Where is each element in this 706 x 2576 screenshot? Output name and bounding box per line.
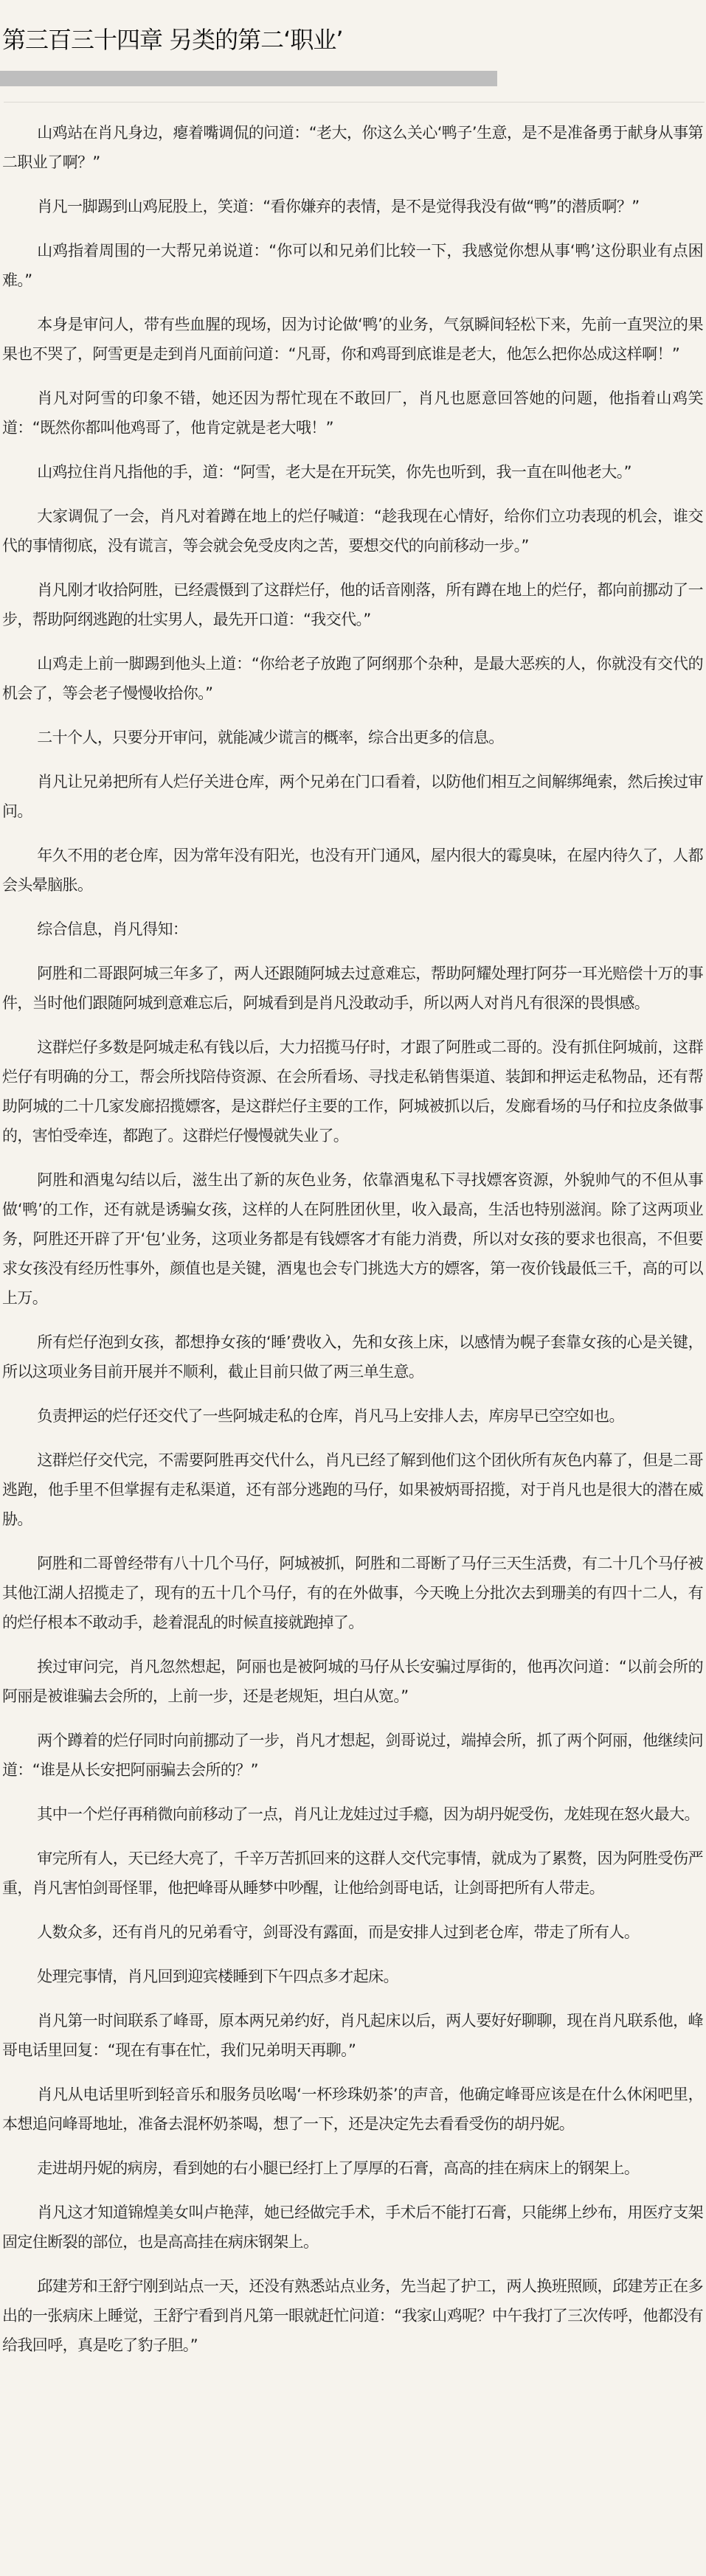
chapter-content: 山鸡站在肖凡身边，瘪着嘴调侃的问道：“老大，你这么关心‘鸭子’生意，是不是准备勇…: [2, 118, 703, 2375]
paragraph: 人数众多，还有肖凡的兄弟看守，剑哥没有露面，而是安排人过到老仓库，带走了所有人。: [2, 1917, 703, 1947]
paragraph: 大家调侃了一会，肖凡对着蹲在地上的烂仔喊道：“趁我现在心情好，给你们立功表现的机…: [2, 501, 703, 560]
paragraph: 所有烂仔泡到女孩，都想挣女孩的‘睡’费收入，先和女孩上床，以感情为幌子套靠女孩的…: [2, 1327, 703, 1386]
paragraph: 肖凡一脚踢到山鸡屁股上，笑道：“看你嫌弃的表情，是不是觉得我没有做“鸭”的潜质啊…: [2, 192, 703, 221]
paragraph: 其中一个烂仔再稍微向前移动了一点，肖凡让龙娃过过手瘾，因为胡丹妮受伤，龙娃现在怒…: [2, 1799, 703, 1829]
paragraph: 肖凡这才知道锦煌美女叫卢艳萍，她已经做完手术，手术后不能打石膏，只能绑上纱布，用…: [2, 2198, 703, 2257]
paragraph: 山鸡指着周围的一大帮兄弟说道：“你可以和兄弟们比较一下，我感觉你想从事‘鸭’这份…: [2, 236, 703, 295]
paragraph: 处理完事情，肖凡回到迎宾楼睡到下午四点多才起床。: [2, 1962, 703, 1991]
header-divider: [4, 102, 705, 103]
paragraph: 本身是审问人，带有些血腥的现场，因为讨论做‘鸭’的业务，气氛瞬间轻松下来，先前一…: [2, 310, 703, 369]
paragraph: 邱建芳和王舒宁刚到站点一天，还没有熟悉站点业务，先当起了护工，两人换班照顾，邱建…: [2, 2271, 703, 2360]
paragraph: 负责押运的烂仔还交代了一些阿城走私的仓库，肖凡马上安排人去，库房早已空空如也。: [2, 1401, 703, 1431]
paragraph: 肖凡从电话里听到轻音乐和服务员吆喝‘一杯珍珠奶茶’的声音，他确定峰哥应该是在什么…: [2, 2080, 703, 2139]
paragraph: 肖凡让兄弟把所有人烂仔关进仓库，两个兄弟在门口看着，以防他们相互之间解绑绳索，然…: [2, 767, 703, 826]
paragraph: 肖凡第一时间联系了峰哥，原本两兄弟约好，肖凡起床以后，两人要好好聊聊，现在肖凡联…: [2, 2006, 703, 2065]
paragraph: 山鸡拉住肖凡指他的手，道：“阿雪，老大是在开玩笑，你先也听到，我一直在叫他老大。…: [2, 457, 703, 487]
paragraph: 走进胡丹妮的病房，看到她的右小腿已经打上了厚厚的石膏，高高的挂在病床上的钢架上。: [2, 2153, 703, 2183]
paragraph: 综合信息，肖凡得知：: [2, 914, 703, 944]
title-placeholder-bar: [0, 71, 497, 86]
paragraph: 肖凡对阿雪的印象不错，她还因为帮忙现在不敢回厂，肖凡也愿意回答她的问题，他指着山…: [2, 383, 703, 442]
paragraph: 阿胜和二哥跟阿城三年多了，两人还跟随阿城去过意难忘，帮助阿耀处理打阿芬一耳光赔偿…: [2, 959, 703, 1018]
paragraph: 挨过审问完，肖凡忽然想起，阿丽也是被阿城的马仔从长安骗过厚街的，他再次问道：“以…: [2, 1652, 703, 1711]
paragraph: 这群烂仔多数是阿城走私有钱以后，大力招揽马仔时，才跟了阿胜或二哥的。没有抓住阿城…: [2, 1032, 703, 1150]
paragraph: 二十个人，只要分开审问，就能减少谎言的概率，综合出更多的信息。: [2, 723, 703, 752]
paragraph: 两个蹲着的烂仔同时向前挪动了一步，肖凡才想起，剑哥说过，端掉会所，抓了两个阿丽，…: [2, 1726, 703, 1785]
paragraph: 年久不用的老仓库，因为常年没有阳光，也没有开门通风，屋内很大的霉臭味，在屋内待久…: [2, 841, 703, 900]
paragraph: 这群烂仔交代完，不需要阿胜再交代什么，肖凡已经了解到他们这个团伙所有灰色内幕了，…: [2, 1445, 703, 1534]
chapter-title: 第三百三十四章 另类的第二‘职业’: [2, 22, 343, 58]
paragraph: 审完所有人，天已经大亮了，千辛万苦抓回来的这群人交代完事情，就成为了累赘，因为阿…: [2, 1844, 703, 1903]
paragraph: 山鸡站在肖凡身边，瘪着嘴调侃的问道：“老大，你这么关心‘鸭子’生意，是不是准备勇…: [2, 118, 703, 177]
paragraph: 阿胜和二哥曾经带有八十几个马仔，阿城被抓，阿胜和二哥断了马仔三天生活费，有二十几…: [2, 1549, 703, 1637]
paragraph: 阿胜和酒鬼勾结以后，滋生出了新的灰色业务，依靠酒鬼私下寻找嫖客资源，外貌帅气的不…: [2, 1165, 703, 1313]
paragraph: 肖凡刚才收拾阿胜，已经震慑到了这群烂仔，他的话音刚落，所有蹲在地上的烂仔，都向前…: [2, 575, 703, 634]
paragraph: 山鸡走上前一脚踢到他头上道：“你给老子放跑了阿纲那个杂种，是最大恶疾的人，你就没…: [2, 649, 703, 708]
